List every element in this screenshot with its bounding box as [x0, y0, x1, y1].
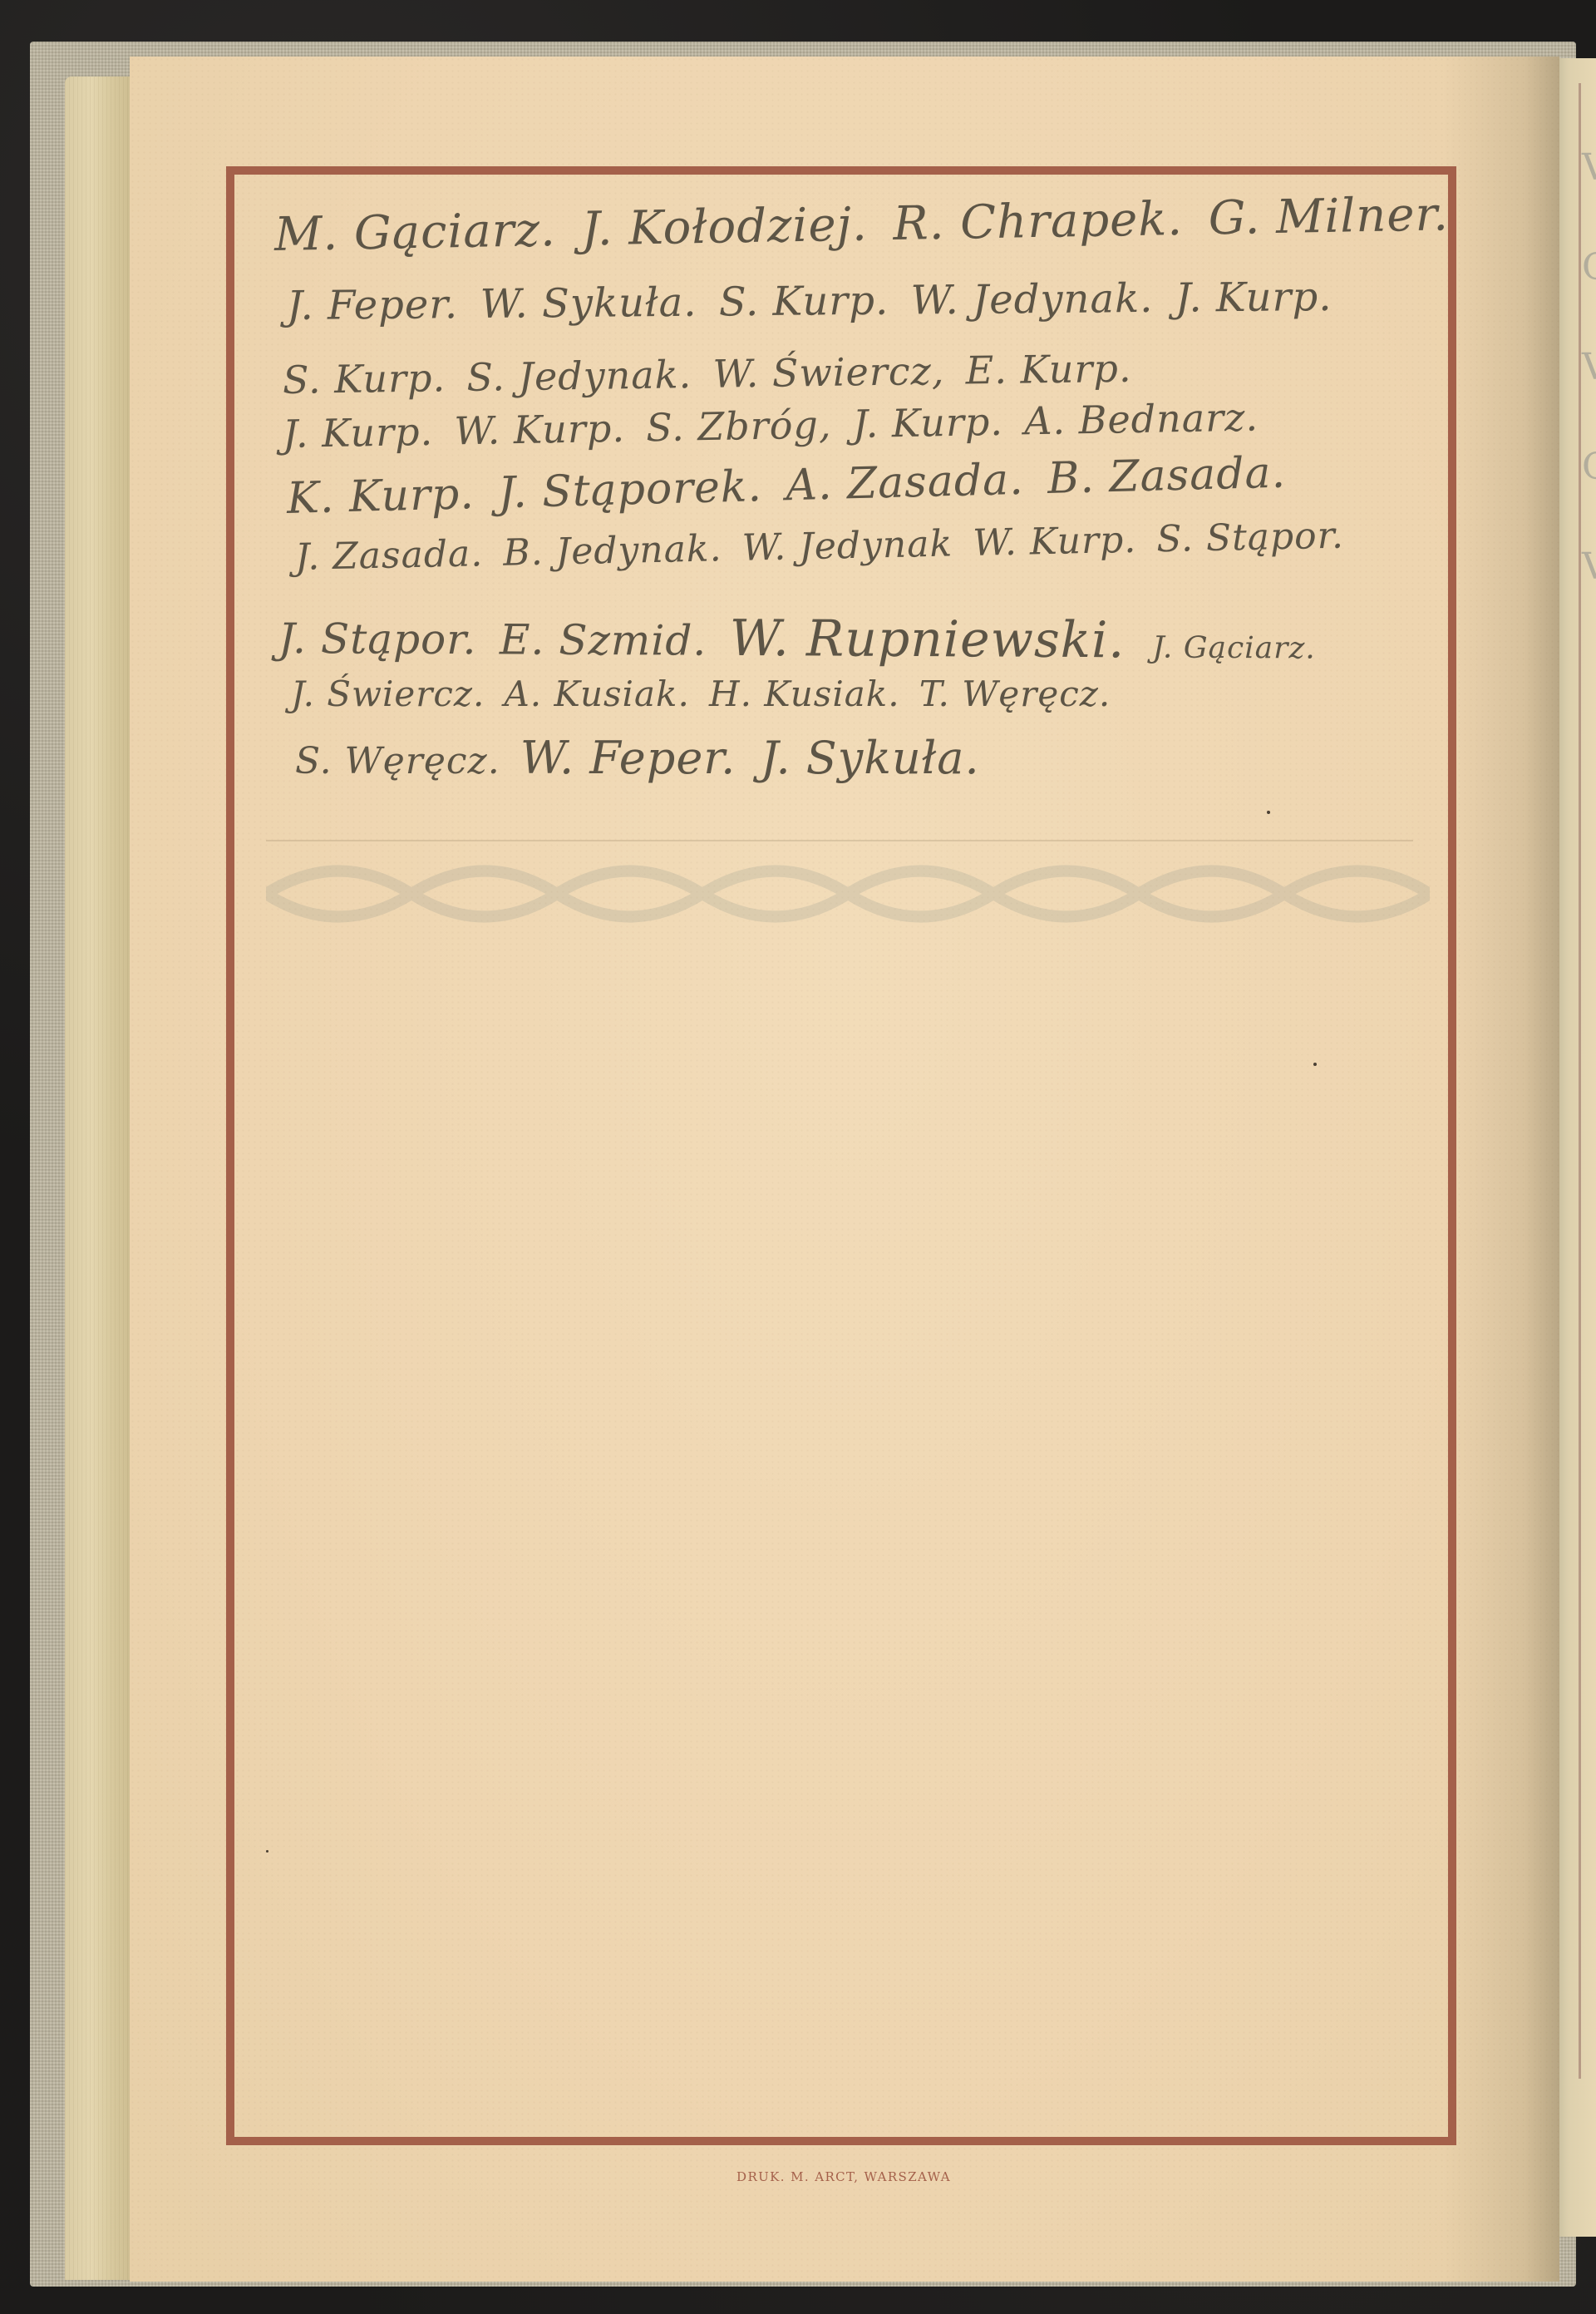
- signature-line: J. Stąpor.E. Szmid.W. Rupniewski.J. Gąci…: [278, 607, 1332, 671]
- signature: S. Kurp.: [719, 278, 889, 326]
- signature: W. Sykuła.: [480, 279, 697, 328]
- facing-ornament-icon: V: [1582, 349, 1596, 386]
- signature: J. Stąporek.: [498, 461, 763, 518]
- signature: H. Kusiak.: [709, 673, 900, 714]
- signature: J. Gąciarz.: [1152, 631, 1316, 666]
- ink-speck: [1267, 811, 1270, 814]
- signature: W. Rupniewski.: [730, 609, 1126, 669]
- signature: A. Kusiak.: [504, 673, 689, 714]
- signature: S. Stąpor.: [1156, 515, 1344, 561]
- signature: J. Świercz.: [291, 673, 485, 714]
- facing-ornament-icon: C: [1582, 249, 1596, 286]
- signature: J. Sykuła.: [761, 732, 980, 784]
- signature: W. Jedynak.: [910, 275, 1153, 324]
- signature: W. Kurp.: [454, 406, 625, 454]
- signature: S. Zbróg,: [646, 402, 832, 450]
- signature: M. Gąciarz.: [273, 203, 556, 262]
- signature: A. Bednarz.: [1024, 395, 1259, 444]
- signature: S. Kurp.: [283, 355, 446, 402]
- signature: K. Kurp.: [286, 469, 475, 524]
- signature: R. Chrapek.: [893, 192, 1184, 251]
- signature: W. Feper.: [520, 732, 736, 784]
- ink-speck: [1313, 1063, 1317, 1066]
- signature-line: J. Świercz.A. Kusiak.H. Kusiak.T. Węręcz…: [291, 673, 1130, 714]
- signature-line: S. Węręcz.W. Feper.J. Sykuła.: [295, 732, 1004, 784]
- signature-line: J. Feper.W. Sykuła.S. Kurp.W. Jedynak.J.…: [287, 274, 1354, 329]
- signature: J. Kurp.: [852, 399, 1003, 447]
- page-edge-stack: [65, 76, 131, 2280]
- signature: J. Kołodziej.: [581, 198, 868, 257]
- signature: W. Jedynak: [741, 522, 953, 569]
- signature: J. Kurp.: [283, 409, 434, 456]
- signature: T. Węręcz.: [919, 673, 1111, 714]
- signature: J. Feper.: [287, 281, 459, 329]
- signature: B. Jedynak.: [503, 527, 722, 575]
- signature: W. Kurp.: [973, 519, 1137, 565]
- signature: J. Zasada.: [294, 532, 483, 579]
- signature: B. Zasada.: [1047, 448, 1286, 504]
- signature: S. Jedynak.: [466, 352, 692, 400]
- signature: J. Stąpor.: [278, 614, 477, 664]
- facing-ornament-icon: V: [1582, 549, 1596, 585]
- gutter-shadow: [1443, 57, 1559, 2282]
- signature: E. Szmid.: [500, 615, 707, 664]
- signature: A. Zasada.: [786, 455, 1025, 511]
- printer-imprint: DRUK. M. ARCT, WARSZAWA: [0, 2169, 1596, 2184]
- signature: W. Świercz,: [712, 348, 945, 397]
- signature: G. Milner.: [1208, 187, 1449, 245]
- facing-ornament-icon: V: [1582, 150, 1596, 186]
- ink-speck: [266, 1850, 268, 1853]
- signature: E. Kurp.: [965, 346, 1132, 393]
- facing-ornament-icon: C: [1582, 449, 1596, 486]
- signature: S. Węręcz.: [295, 740, 500, 782]
- signature: J. Kurp.: [1175, 274, 1332, 322]
